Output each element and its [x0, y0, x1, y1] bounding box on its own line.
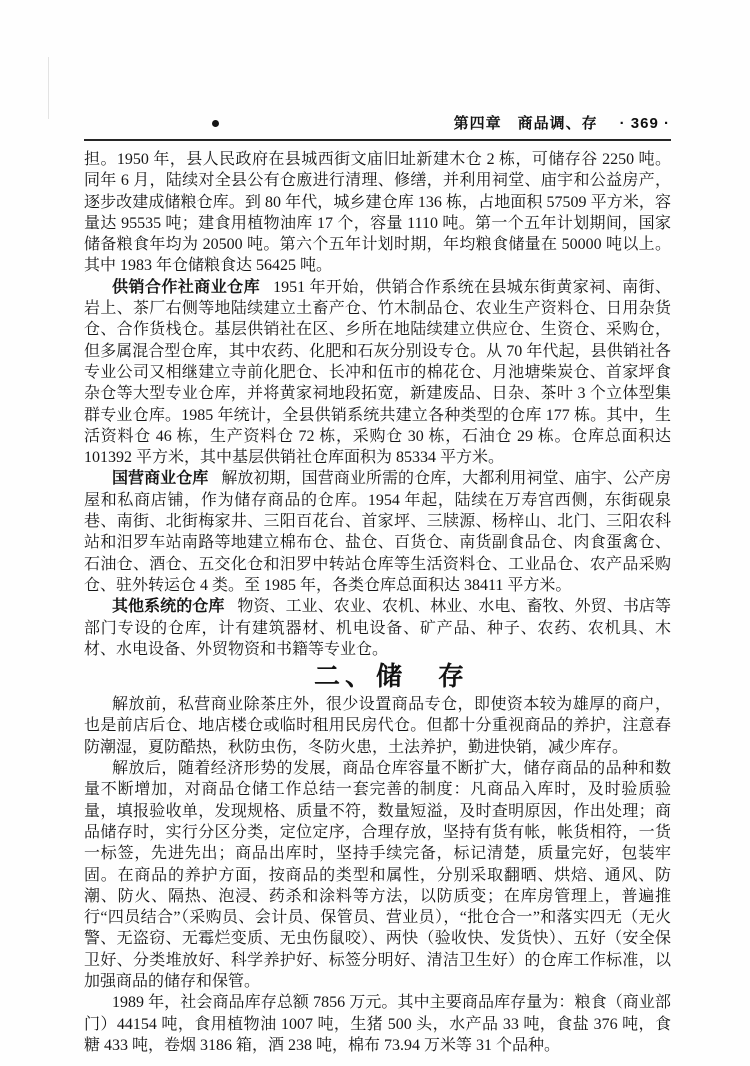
- page-number: · 369 ·: [620, 115, 670, 132]
- paragraph-text: 解放前，私营商业除茶庄外，很少设置商品专仓，即使资本较为雄厚的商户，也是前店后仓…: [84, 696, 671, 756]
- body-paragraph: 供销合作社商业仓库1951 年开始，供销合作系统在县城东街黄家祠、南街、岩上、茶…: [84, 277, 671, 469]
- paragraph-text: 解放后，随着经济形势的发展，商品仓库容量不断扩大，储存商品的品种和数量不断增加，…: [84, 760, 671, 990]
- chapter-label: 第四章: [454, 115, 502, 132]
- body-paragraph: 解放前，私营商业除茶庄外，很少设置商品专仓，即使资本较为雄厚的商户，也是前店后仓…: [84, 694, 671, 758]
- body-paragraph: 其他系统的仓库物资、工业、农业、农机、林业、水电、畜牧、外贸、书店等部门专设的仓…: [84, 596, 671, 660]
- body-paragraph: 国营商业仓库解放初期，国营商业所需的仓库，大都利用祠堂、庙宇、公产房屋和私商店铺…: [84, 468, 671, 596]
- paragraph-lead: 国营商业仓库: [112, 470, 208, 487]
- body-paragraph: 担。1950 年，县人民政府在县城西街文庙旧址新建木仓 2 栋，可储存谷 225…: [84, 149, 671, 277]
- section-heading: 二、储 存: [84, 660, 671, 694]
- body-paragraph: 解放后，随着经济形势的发展，商品仓库容量不断扩大，储存商品的品种和数量不断增加，…: [84, 758, 671, 992]
- paragraph-text: 1951 年开始，供销合作系统在县城东街黄家祠、南街、岩上、茶厂右侧等地陆续建立…: [84, 279, 671, 466]
- header-divider: [84, 139, 671, 141]
- page-body: 担。1950 年，县人民政府在县城西街文庙旧址新建木仓 2 栋，可储存谷 225…: [84, 149, 671, 1056]
- paragraph-text: 1989 年，社会商品库存总额 7856 万元。其中主要商品库存量为：粮食（商业…: [84, 994, 671, 1054]
- scanned-book-page: 第四章商品调、存· 369 · 担。1950 年，县人民政府在县城西街文庙旧址新…: [0, 0, 750, 1066]
- running-header: 第四章商品调、存· 369 ·: [84, 112, 670, 133]
- scan-artifact-line: [48, 57, 49, 119]
- chapter-title: 商品调、存: [518, 115, 598, 132]
- paragraph-text: 解放初期，国营商业所需的仓库，大都利用祠堂、庙宇、公产房屋和私商店铺，作为储存商…: [84, 470, 671, 593]
- paragraph-text: 担。1950 年，县人民政府在县城西街文庙旧址新建木仓 2 栋，可储存谷 225…: [84, 151, 671, 274]
- paragraph-lead: 供销合作社商业仓库: [112, 279, 260, 296]
- paragraph-lead: 其他系统的仓库: [112, 598, 224, 615]
- body-paragraph: 1989 年，社会商品库存总额 7856 万元。其中主要商品库存量为：粮食（商业…: [84, 992, 671, 1056]
